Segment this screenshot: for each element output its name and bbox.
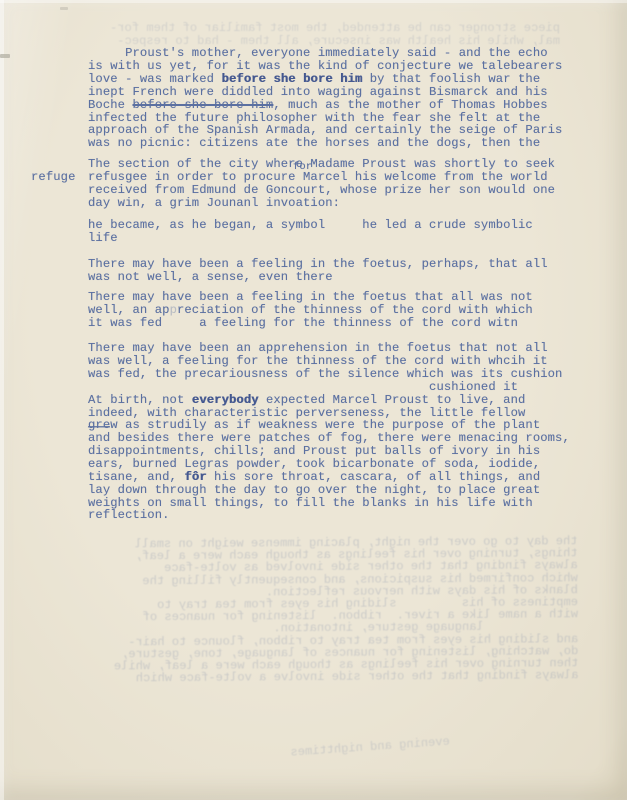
overtyped-text: fôr <box>184 470 206 484</box>
interline-insertion: for <box>293 162 312 172</box>
bleedthrough-text-middle: the day to go over the night, placing im… <box>55 535 578 685</box>
scan-edge-mark <box>0 54 10 58</box>
bleedthrough-text-bottom: evening and nighttimes <box>265 736 450 761</box>
paragraph-he-became-symbol: he became, as he began, a symbol he led … <box>88 219 588 245</box>
text-run: The section of the city where Madame Pro… <box>88 157 555 210</box>
margin-note-refuge: refuge <box>31 170 75 184</box>
manuscript-page: piece stronger can be attended, the most… <box>0 0 627 800</box>
paragraph-prousts-mother: Proust's mother, everyone immediately sa… <box>88 47 588 150</box>
scan-edge-mark <box>60 7 68 10</box>
paragraph-feeling-foetus-perhaps: There may have been a feeling in the foe… <box>88 258 588 284</box>
scan-edge-top <box>0 0 627 3</box>
scan-edge-left <box>0 0 4 800</box>
paragraph-patches-of-fog: and besides there were patches of fog, t… <box>88 432 588 522</box>
paragraph-feeling-foetus-cord: There may have been a feeling in the foe… <box>88 291 588 330</box>
overtyped-text: everybody <box>192 393 259 407</box>
paragraph-apprehension-at-birth: There may have been an apprehension in t… <box>88 342 588 432</box>
bleedthrough-text-top: piece stronger can be attended, the most… <box>85 22 560 48</box>
paragraph-section-of-city: The section of the city where Madame Pro… <box>88 158 588 210</box>
faint-letter: p <box>170 303 177 317</box>
overtyped-text: before she bore him <box>221 72 362 86</box>
struck-out-text: before she bore him <box>132 98 273 112</box>
